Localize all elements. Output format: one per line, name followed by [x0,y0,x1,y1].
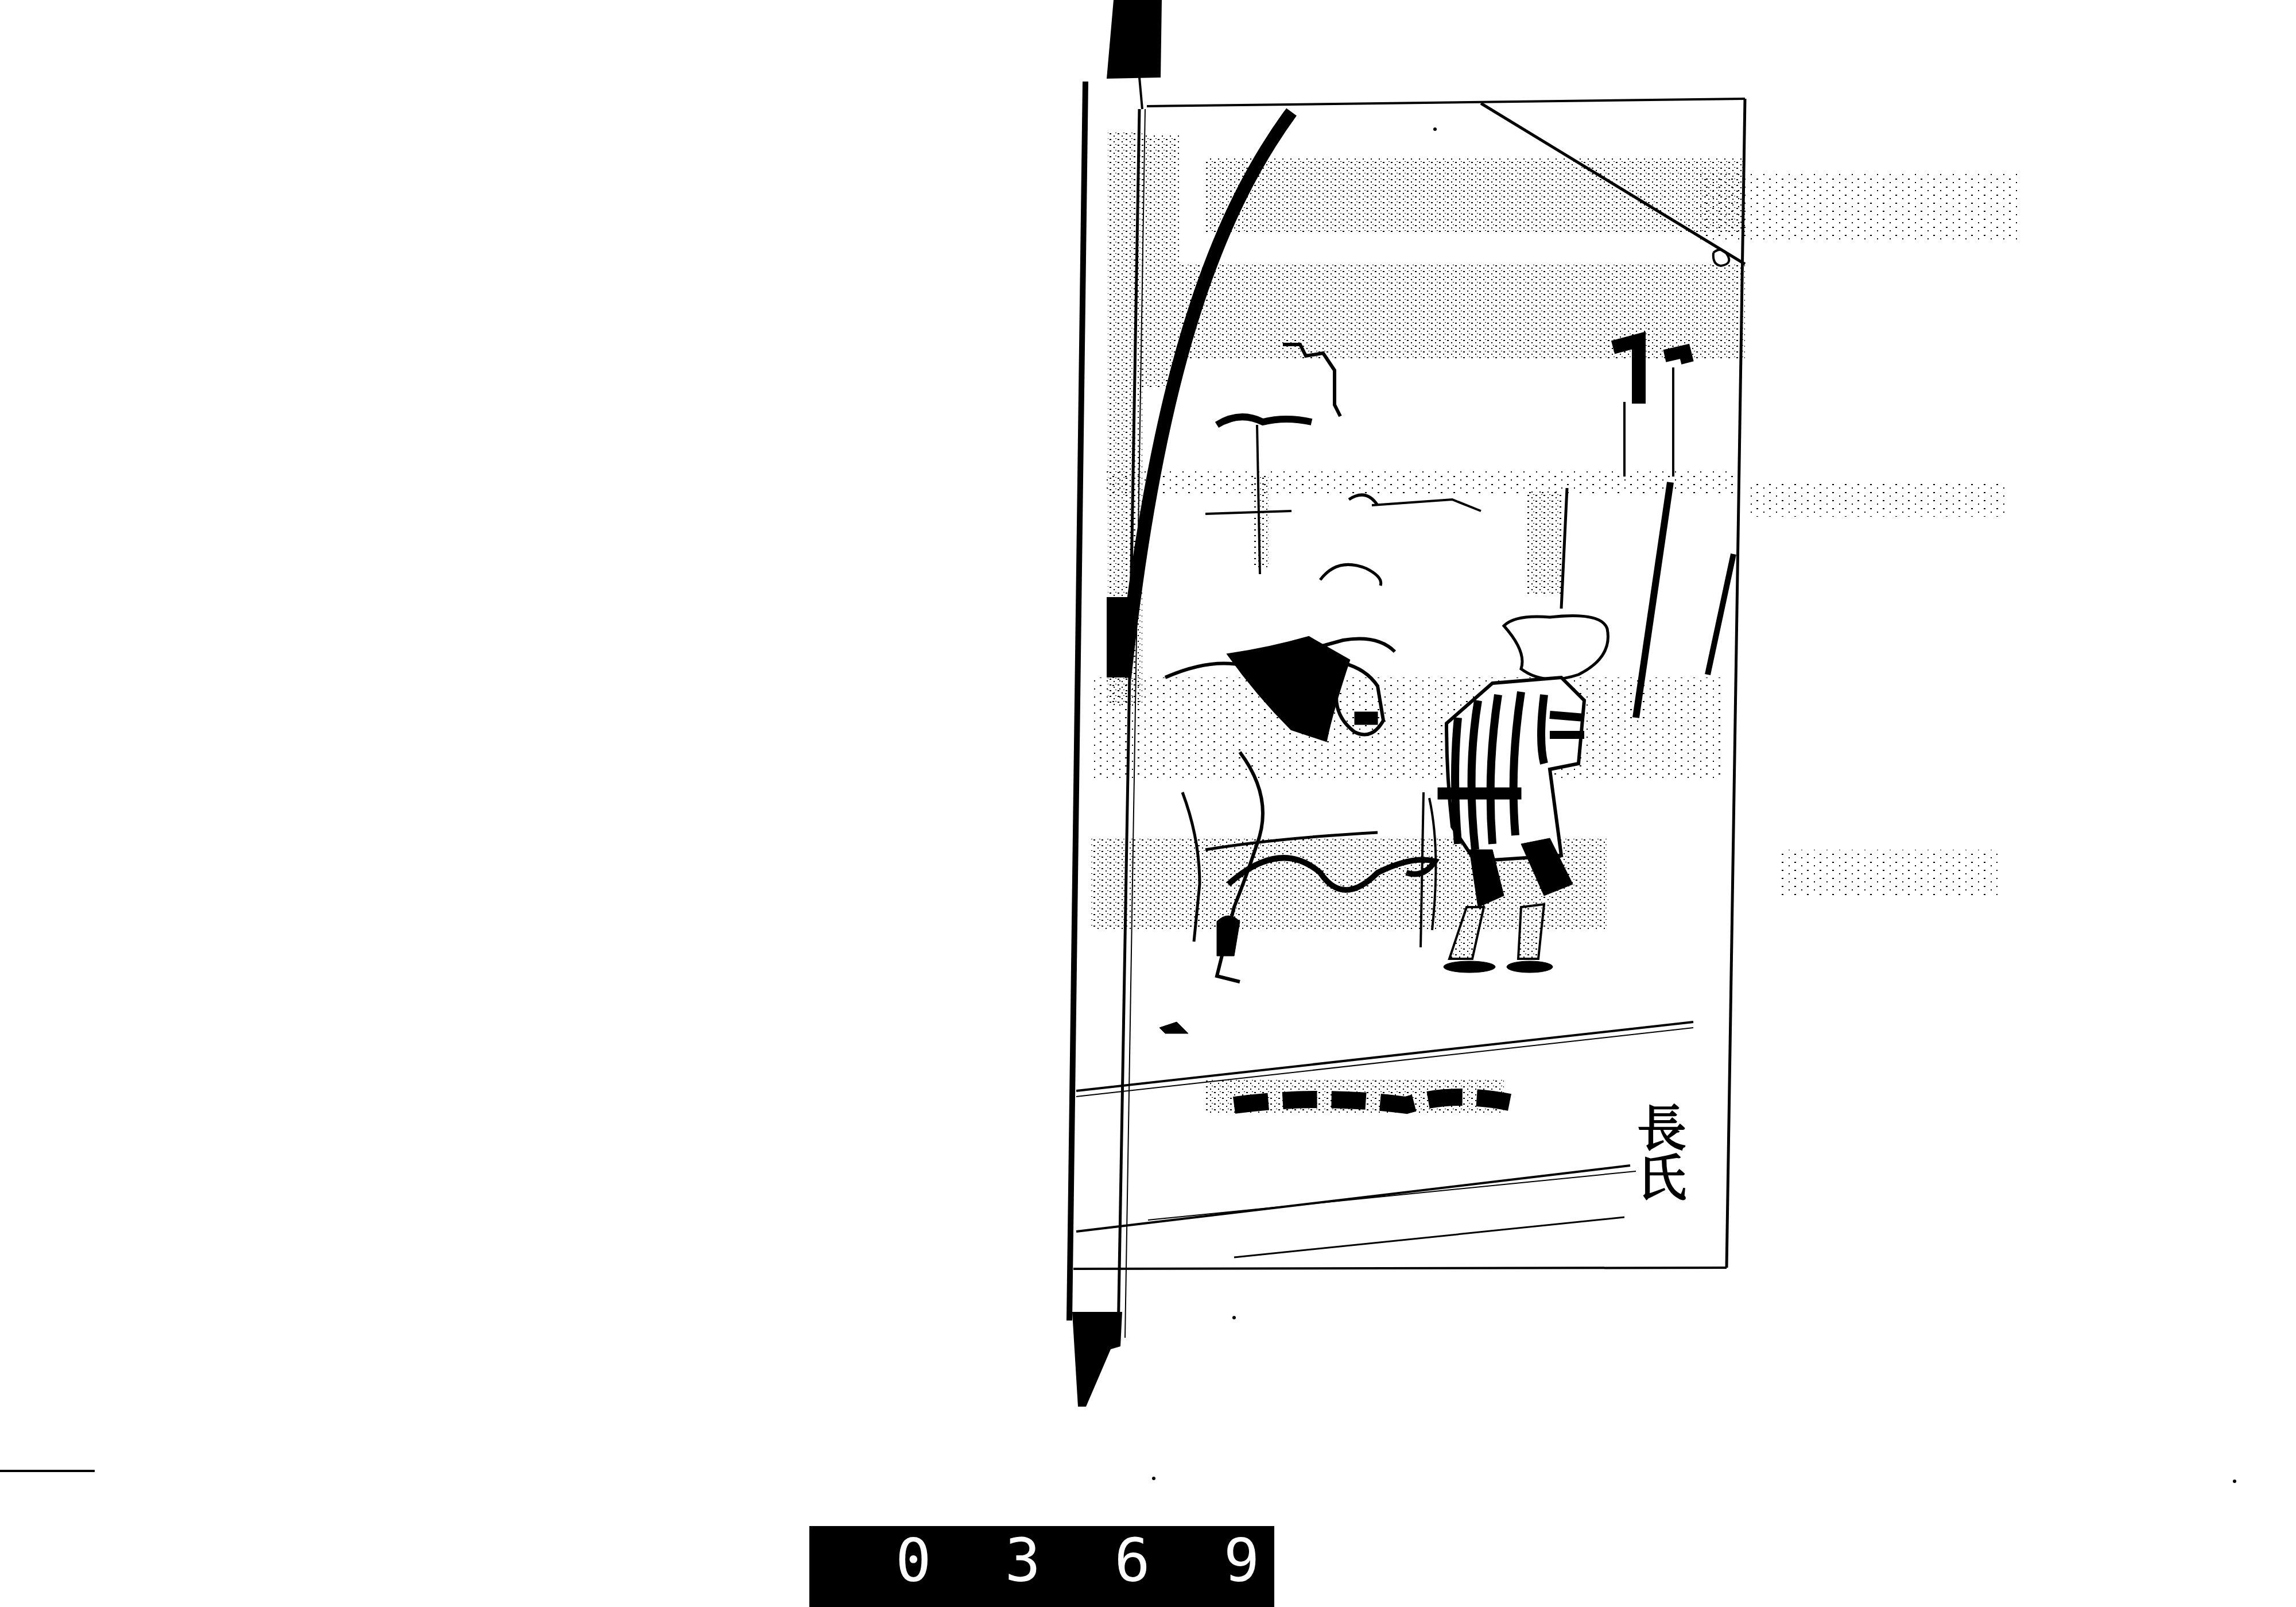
ground-texture [1091,677,1722,1114]
road-lines [1076,1022,1693,1257]
scanned-illustration [0,0,2296,1607]
edge-rule [0,1470,95,1472]
artist-signature: 長氏 [1639,1102,1685,1201]
frame-counter: 0369 [895,1532,1297,1589]
top-marker-icon [1107,0,1162,109]
bottom-marker-icon [1072,1312,1122,1407]
